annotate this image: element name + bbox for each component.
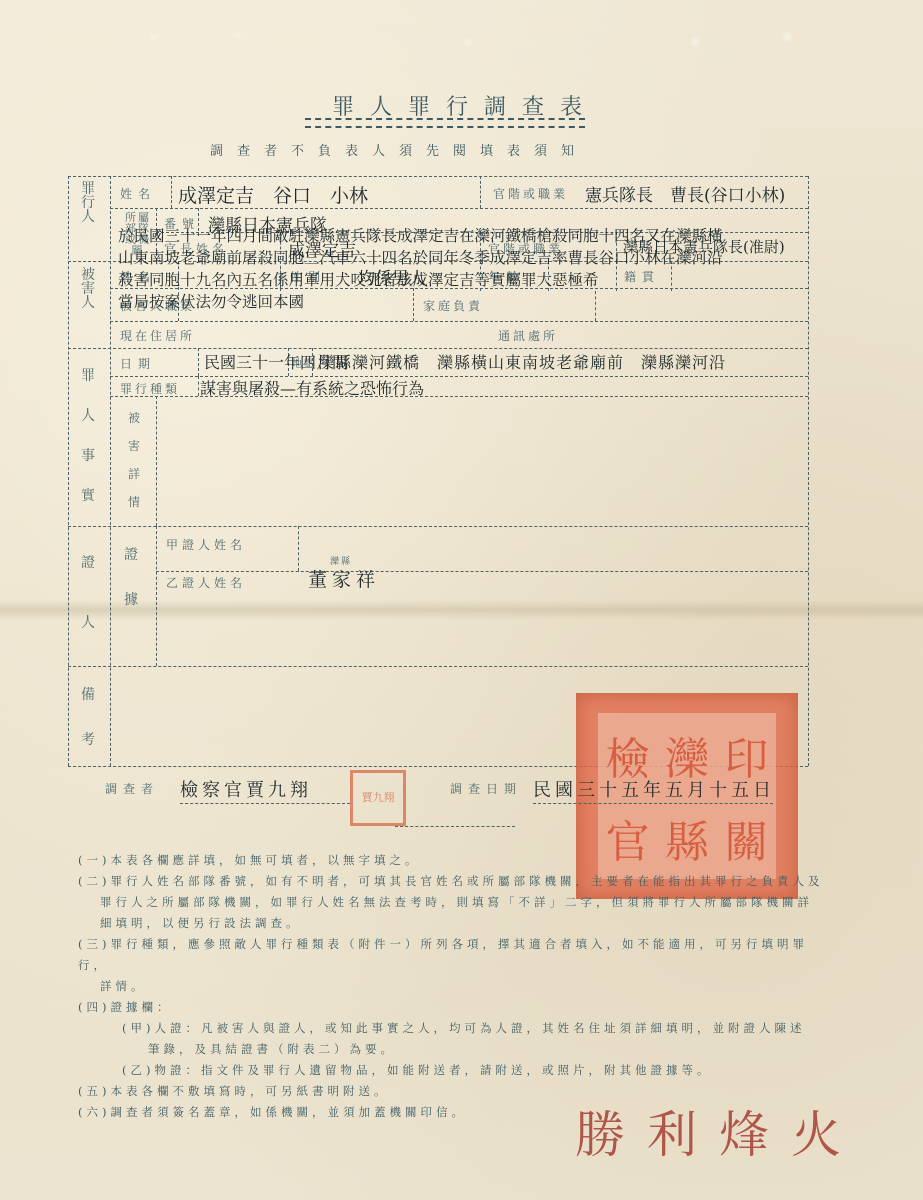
instruction-item: 罪行人之所屬部隊機關，如罪行人姓名無法查考時，則填寫「不詳」二字，但須將罪行人所… <box>78 892 838 913</box>
crime-date-label: 日期 <box>120 355 156 372</box>
detail-line: 當局按案伏法勿令逃回本國 <box>118 291 758 313</box>
instruction-item: (三)罪行種類，應參照敵人罪行種類表（附件一）所列各項，擇其適合者填入，如不能適… <box>78 934 838 976</box>
perpetrator-name-label: 姓名 <box>120 185 156 202</box>
section-perpetrator: 罪行人 <box>80 182 96 262</box>
document-subtitle: 調查者不負表人須先閱填表須知 <box>210 140 680 159</box>
section-crime-facts: 罪人事實 <box>80 356 96 526</box>
document-title: 罪人罪行調查表 <box>300 90 630 121</box>
punch-hole <box>148 30 158 44</box>
instruction-item: (二)罪行人姓名部隊番號，如有不明者，可填其長官姓名或所屬部隊機關，主要者在能指… <box>78 871 838 892</box>
crime-type-label: 罪行種類 <box>120 380 180 397</box>
instruction-item: (一)本表各欄應詳填，如無可填者，以無字填之。 <box>78 850 838 871</box>
instruction-item: (四)證據欄： <box>78 997 838 1018</box>
crime-location-label: 地點 <box>292 355 316 370</box>
crime-type-value: 謀害與屠殺—有系統之恐怖行為 <box>200 376 424 399</box>
investigator-label: 調查者 <box>105 780 159 797</box>
perpetrator-rank-value: 憲兵隊長 曹長(谷口小林) <box>585 181 785 206</box>
document-page: 罪人罪行調查表 調查者不負表人須先閱填表須知 <box>0 0 923 1200</box>
instruction-item: 詳情。 <box>78 976 838 997</box>
detail-line: 殺害同胞十九名內五名係用軍用犬咬死者該成澤定吉等實屬罪大惡極希 <box>118 269 758 291</box>
punch-hole <box>233 28 243 42</box>
title-underline <box>305 118 585 128</box>
victim-address-label: 現在住居所 <box>120 327 195 344</box>
perpetrator-rank-label: 官階或職業 <box>493 185 568 202</box>
witness-a-label: 甲證人姓名 <box>166 536 246 553</box>
crime-detail-label: 被害詳情 <box>126 404 142 516</box>
perpetrator-name-value: 成澤定吉 谷口 小林 <box>178 181 368 208</box>
watermark-logo: 勝利烽火 <box>575 1095 863 1167</box>
section-remarks: 備考 <box>80 673 96 763</box>
detail-line: 山東南坡老爺廟前屠殺同胞三汽車六十四名於同年冬季成澤定吉率曹長谷口小林在灤河沿 <box>118 247 758 269</box>
crime-location-value: 灤縣灤河鐵橋 灤縣橫山東南坡老爺廟前 灤縣灤河沿 <box>318 350 726 373</box>
punch-hole <box>463 35 473 49</box>
section-witness: 證人 <box>80 533 96 663</box>
investigator-seal: 賈九翔 <box>350 770 406 826</box>
instruction-item: 筆錄，及具結證書（附表二）為要。 <box>78 1039 838 1060</box>
investigator-value: 檢察官賈九翔 <box>180 776 312 802</box>
crime-detail-text: 於民國三十一年四月間敵駐灤縣憲兵隊長成澤定吉在灤河鐵橋槍殺同胞十四名又在灤縣橫 … <box>118 225 758 313</box>
punch-hole <box>690 35 700 49</box>
witness-b-label: 乙證人姓名 <box>166 574 246 591</box>
victim-place-label: 通訊處所 <box>498 327 558 344</box>
investigation-date-label: 調查日期 <box>450 780 522 797</box>
instruction-item: (乙)物證：指文件及罪行人遺留物品，如能附送者，請附送，或照片，附其他證據等。 <box>78 1060 838 1081</box>
section-victim: 被害人 <box>80 268 96 348</box>
witness-b-value: 董家祥 <box>308 565 380 592</box>
instruction-item: 細填明，以便另行設法調查。 <box>78 913 838 934</box>
detail-line: 於民國三十一年四月間敵駐灤縣憲兵隊長成澤定吉在灤河鐵橋槍殺同胞十四名又在灤縣橫 <box>118 225 758 247</box>
instruction-item: (甲)人證：凡被害人與證人，或知此事實之人，均可為人證，其姓名住址須詳細填明，並… <box>78 1018 838 1039</box>
form-instructions: (一)本表各欄應詳填，如無可填者，以無字填之。 (二)罪行人姓名部隊番號，如有不… <box>78 850 838 1123</box>
investigation-date-value: 民國三十五年五月十五日 <box>533 776 775 802</box>
punch-hole <box>782 30 792 44</box>
section-evidence: 證據 <box>123 533 139 663</box>
